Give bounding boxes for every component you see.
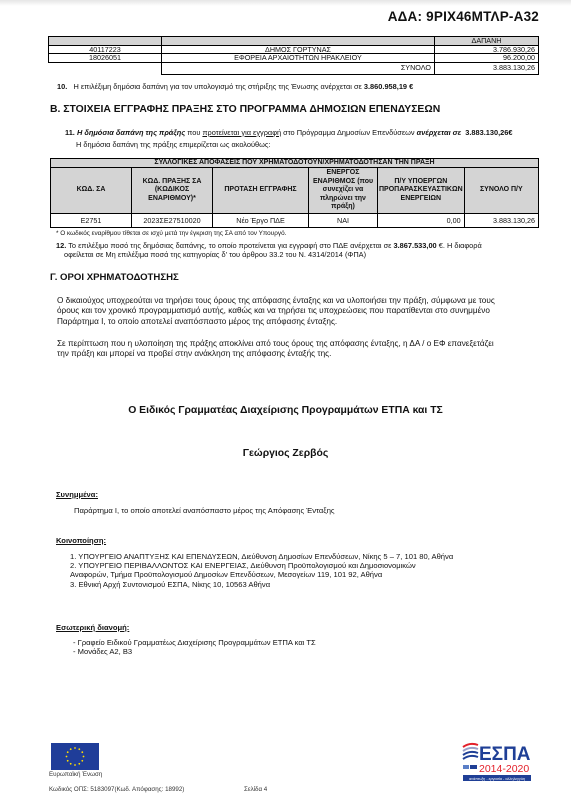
table-row: Ε2751 2023ΣΕ27510020 Νέο Έργο ΠΔΕ ΝΑΙ 0,… xyxy=(51,214,539,228)
total-label: ΣΥΝΟΛΟ xyxy=(162,62,435,74)
page-number: Σελίδα 4 xyxy=(244,786,267,793)
attachment-item: Παράρτημα Ι, το οποίο αποτελεί αναπόσπασ… xyxy=(74,506,335,515)
section-c-title: Γ. ΟΡΟΙ ΧΡΗΜΑΤΟΔΟΤΗΣΗΣ xyxy=(50,272,179,283)
internal-distribution-label: Εσωτερική διανομή: xyxy=(56,623,129,632)
item-11: 11. Η δημόσια δαπάνη της πράξης που προτ… xyxy=(65,128,513,137)
total-budget: 3.883.130,26 xyxy=(464,214,538,228)
item-10: 10. Η επιλέξιμη δημόσια δαπάνη για τον υ… xyxy=(57,82,413,91)
sa-code: Ε2751 xyxy=(51,214,132,228)
espa-tagline: ανάπτυξη - εργασία - αλληλεγγύη xyxy=(469,777,525,781)
registration-proposal: Νέο Έργο ΠΔΕ xyxy=(213,214,309,228)
espa-years: 2014-2020 xyxy=(479,763,529,775)
funding-table-title: ΣΥΛΛΟΓΙΚΕΣ ΑΠΟΦΑΣΕΙΣ ΠΟΥ ΧΡΗΜΑΤΟΔΟΤΟΥΝ/Χ… xyxy=(51,159,539,168)
column-header: ΣΥΝΟΛΟ Π/Υ xyxy=(464,168,538,214)
item-12: 12. Το επιλέξιμο ποσό της δημόσιας δαπάν… xyxy=(56,241,482,250)
eu-flag-icon xyxy=(51,743,99,770)
signatory-name: Γεώργιος Ζερβός xyxy=(0,448,571,459)
internal-item: - Μονάδες Α2, Β3 xyxy=(73,647,316,656)
total-value: 3.883.130,26 xyxy=(435,62,539,74)
column-header: ΠΡΟΤΑΣΗ ΕΓΓΡΑΦΗΣ xyxy=(213,168,309,214)
item-11-subtext: Η δημόσια δαπάνη της πράξης επιμερίζεται… xyxy=(76,140,271,149)
espa-title: ΕΣΠΑ xyxy=(479,744,531,765)
section-c-paragraph-1: Ο δικαιούχος υποχρεούται να τηρήσει τους… xyxy=(57,296,557,327)
section-b-title: Β. ΣΤΟΙΧΕΙΑ ΕΓΓΡΑΦΗΣ ΠΡΑΞΗΣ ΣΤΟ ΠΡΟΓΡΑΜΜ… xyxy=(50,104,440,115)
funding-decisions-table: ΣΥΛΛΟΓΙΚΕΣ ΑΠΟΦΑΣΕΙΣ ΠΟΥ ΧΡΗΜΑΤΟΔΟΤΟΥΝ/Χ… xyxy=(50,158,539,228)
attachments-label: Συνημμένα: xyxy=(56,490,98,499)
espa-logo: ΕΣΠΑ 2014-2020 ανάπτυξη - εργασία - αλλη… xyxy=(462,741,534,785)
notification-item: 2. ΥΠΟΥΡΓΕΙΟ ΠΕΡΙΒΑΛΛΟΝΤΟΣ ΚΑΙ ΕΝΕΡΓΕΙΑΣ… xyxy=(70,561,453,570)
signatory-role: Ο Ειδικός Γραμματέας Διαχείρισης Προγραμ… xyxy=(0,405,571,416)
footnote: * Ο κωδικός εναρίθμου τίθεται σε ισχύ με… xyxy=(56,230,286,237)
internal-distribution-list: - Γραφείο Ειδικού Γραμματέως Διαχείρισης… xyxy=(73,638,316,656)
header-cell-amount: ΔΑΠΑΝΗ xyxy=(435,37,539,46)
project-code: 2023ΣΕ27510020 xyxy=(132,214,213,228)
ada-code: ΑΔΑ: 9ΡΙΧ46ΜΤΛΡ-Α32 xyxy=(388,9,539,24)
ops-code: Κωδικός ΟΠΣ: 5183097(Κωδ. Απόφασης: 1899… xyxy=(49,786,184,793)
active-code: ΝΑΙ xyxy=(309,214,378,228)
internal-item: - Γραφείο Ειδικού Γραμματέως Διαχείρισης… xyxy=(73,638,316,647)
item-12-line2: οφείλεται σε Μη επιλέξιμα ποσά της κατηγ… xyxy=(64,250,366,259)
eu-label: Ευρωπαϊκή Ένωση xyxy=(49,771,102,778)
beneficiary-name: ΕΦΟΡΕΙΑ ΑΡΧΑΙΟΤΗΤΩΝ ΗΡΑΚΛΕΙΟΥ xyxy=(162,54,435,63)
section-c-paragraph-2: Σε περίπτωση που η υλοποίηση της πράξης … xyxy=(57,339,557,360)
page-top-shadow xyxy=(0,0,571,6)
preparatory-budget: 0,00 xyxy=(378,214,465,228)
expense-table: ΔΑΠΑΝΗ 40117223 ΔΗΜΟΣ ΓΟΡΤΥΝΑΣ 3.786.930… xyxy=(48,36,539,75)
column-header: ΕΝΕΡΓΟΣ ΕΝΑΡΙΘΜΟΣ (που συνεχίζει να πληρ… xyxy=(309,168,378,214)
column-header: Π/Υ ΥΠΟΕΡΓΩΝ ΠΡΟΠΑΡΑΣΚΕΥΑΣΤΙΚΩΝ ΕΝΕΡΓΕΙΩ… xyxy=(378,168,465,214)
beneficiary-amount: 96.200,00 xyxy=(435,54,539,63)
notification-item: 1. ΥΠΟΥΡΓΕΙΟ ΑΝΑΠΤΥΞΗΣ ΚΑΙ ΕΠΕΝΔΥΣΕΩΝ, Δ… xyxy=(70,552,453,561)
table-row: 18026051 ΕΦΟΡΕΙΑ ΑΡΧΑΙΟΤΗΤΩΝ ΗΡΑΚΛΕΙΟΥ 9… xyxy=(49,54,539,63)
notification-list: 1. ΥΠΟΥΡΓΕΙΟ ΑΝΑΠΤΥΞΗΣ ΚΑΙ ΕΠΕΝΔΥΣΕΩΝ, Δ… xyxy=(70,552,453,589)
total-row: ΣΥΝΟΛΟ 3.883.130,26 xyxy=(49,62,539,74)
expense-table-header: ΔΑΠΑΝΗ xyxy=(49,37,539,46)
header-cell xyxy=(49,37,162,46)
column-header: ΚΩΔ. ΣΑ xyxy=(51,168,132,214)
header-cell xyxy=(162,37,435,46)
beneficiary-code: 18026051 xyxy=(49,54,162,63)
notification-label: Κοινοποίηση: xyxy=(56,536,106,545)
notification-item: 3. Εθνική Αρχή Συντονισμού ΕΣΠΑ, Νίκης 1… xyxy=(70,580,453,589)
column-header: ΚΩΔ. ΠΡΑΞΗΣ ΣΑ (ΚΩΔΙΚΟΣ ΕΝΑΡΙΘΜΟΥ)* xyxy=(132,168,213,214)
notification-item: Αναφορών, Τμήμα Προϋπολογισμού Δημοσίων … xyxy=(70,570,453,579)
